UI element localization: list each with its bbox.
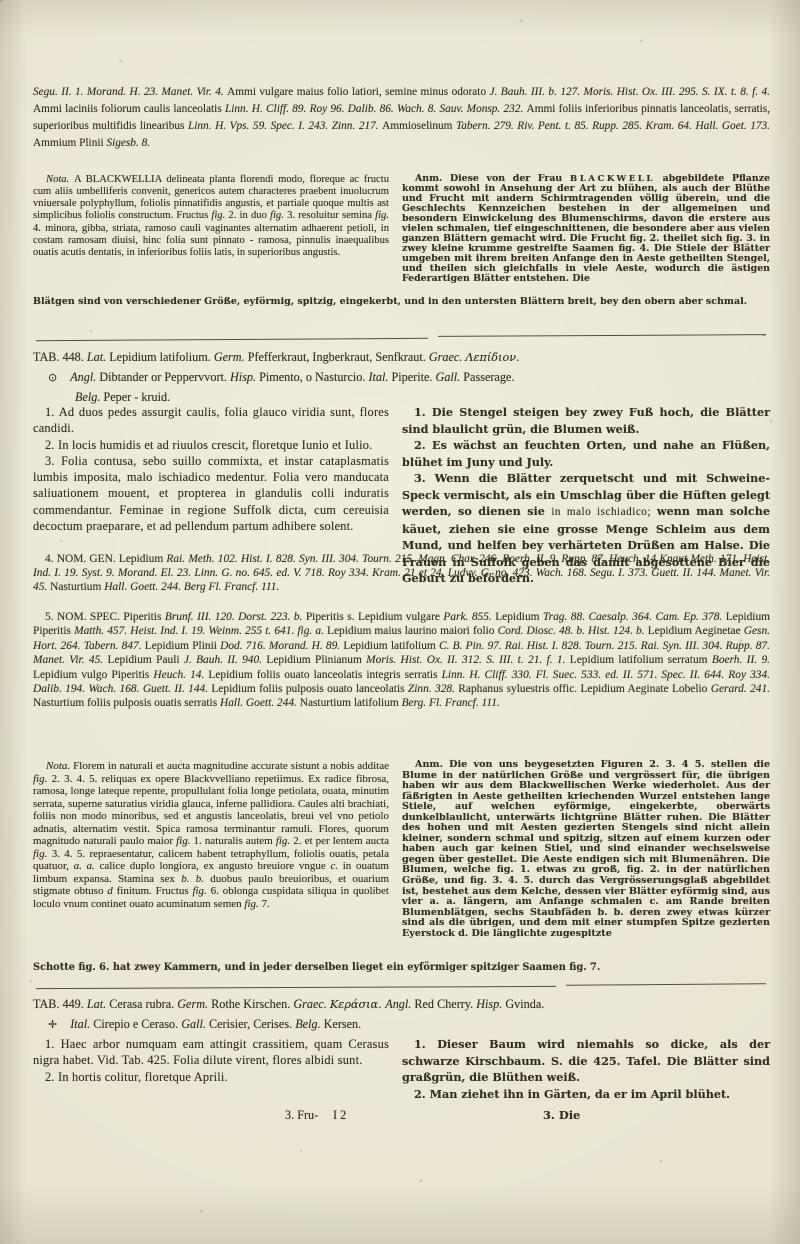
tab-448-german-item-2: 2. Es wächst an feuchten Orten, und nahe… bbox=[402, 437, 770, 470]
anm-german-ammi: Anm. Diese von der Frau BLACKWELL abgebi… bbox=[402, 174, 770, 285]
tab-448-title-line-1: TAB. 448. Lat. Lepidium latifolium. Germ… bbox=[33, 348, 770, 368]
nom-spec-paragraph: 5. NOM. SPEC. Piperitis Brunf. III. 120.… bbox=[33, 610, 770, 711]
nota-latin-lepidium: Nota. Florem in naturali et aucta magnit… bbox=[33, 760, 389, 939]
anm-german-lepidium: Anm. Die von uns beygesetzten Figuren 2.… bbox=[402, 760, 770, 939]
catchword-german: 3. Die bbox=[543, 1108, 580, 1122]
anm-german-lepidium-overflow: Schotte fig. 6. hat zwey Kammern, und in… bbox=[33, 962, 770, 973]
section-divider-rule-left bbox=[36, 338, 428, 341]
section-divider-rule-right bbox=[566, 983, 766, 986]
catchword-latin: 3. Fru- bbox=[285, 1108, 318, 1123]
tab-448-latin-item-1: 1. Ad duos pedes assurgit caulis, folia … bbox=[33, 404, 389, 437]
nota-latin-ammi: Nota. A BLACKWELLIA delineata planta flo… bbox=[33, 174, 389, 285]
tab-449-title-line-2: ✛Ital. Cirepio e Ceraso. Gall. Cerisier,… bbox=[33, 1015, 770, 1035]
signature-mark: I 2 bbox=[333, 1108, 346, 1123]
tab-448-latin-item-2: 2. In locis humidis et ad riuulos cresci… bbox=[33, 437, 389, 453]
book-page-scan: Segu. II. 1. Morand. H. 23. Manet. Vir. … bbox=[0, 0, 800, 1244]
tab-448-header: TAB. 448. Lat. Lepidium latifolium. Germ… bbox=[33, 348, 770, 406]
tab-448-latin-item-3: 3. Folia contusa, sebo suillo commixta, … bbox=[33, 453, 389, 534]
tab-448-title-line-2: ⊙Angl. Dibtander or Peppervvort. Hisp. P… bbox=[33, 368, 770, 388]
tab-449-header: TAB. 449. Lat. Cerasa rubra. Germ. Rothe… bbox=[33, 995, 770, 1035]
tab-448-german-item-1: 1. Die Stengel steigen bey zwey Fuß hoch… bbox=[402, 404, 770, 437]
ammi-note-section: Nota. A BLACKWELLIA delineata planta flo… bbox=[33, 174, 770, 285]
tab-449-german-column: 1. Dieser Baum wird niemahls so dicke, a… bbox=[402, 1036, 770, 1102]
section-divider-rule-left bbox=[36, 986, 556, 989]
page-footer: 3. Fru- I 2 3. Die bbox=[33, 1108, 770, 1128]
reference-citations-block: Segu. II. 1. Morand. H. 23. Manet. Vir. … bbox=[33, 84, 770, 152]
tab-449-german-item-1: 1. Dieser Baum wird niemahls so dicke, a… bbox=[402, 1036, 770, 1086]
nom-gen-paragraph: 4. NOM. GEN. Lepidium Rai. Meth. 102. Hi… bbox=[33, 552, 770, 594]
tab-449-latin-item-1: 1. Haec arbor numquam eam attingit crass… bbox=[33, 1036, 389, 1069]
section-divider-rule-right bbox=[438, 334, 766, 337]
lepidium-note-section: Nota. Florem in naturali et aucta magnit… bbox=[33, 760, 770, 939]
tab-449-items: 1. Haec arbor numquam eam attingit crass… bbox=[33, 1036, 770, 1102]
tab-449-latin-item-2: 2. In hortis colitur, floretque Aprili. bbox=[33, 1069, 389, 1085]
tab-449-german-item-2: 2. Man ziehet ihn in Gärten, da er im Ap… bbox=[402, 1086, 770, 1103]
anm-german-ammi-overflow: Blätgen sind von verschiedener Größe, ey… bbox=[33, 296, 770, 308]
tab-449-latin-column: 1. Haec arbor numquam eam attingit crass… bbox=[33, 1036, 389, 1102]
tab-449-title-line-1: TAB. 449. Lat. Cerasa rubra. Germ. Rothe… bbox=[33, 995, 770, 1015]
